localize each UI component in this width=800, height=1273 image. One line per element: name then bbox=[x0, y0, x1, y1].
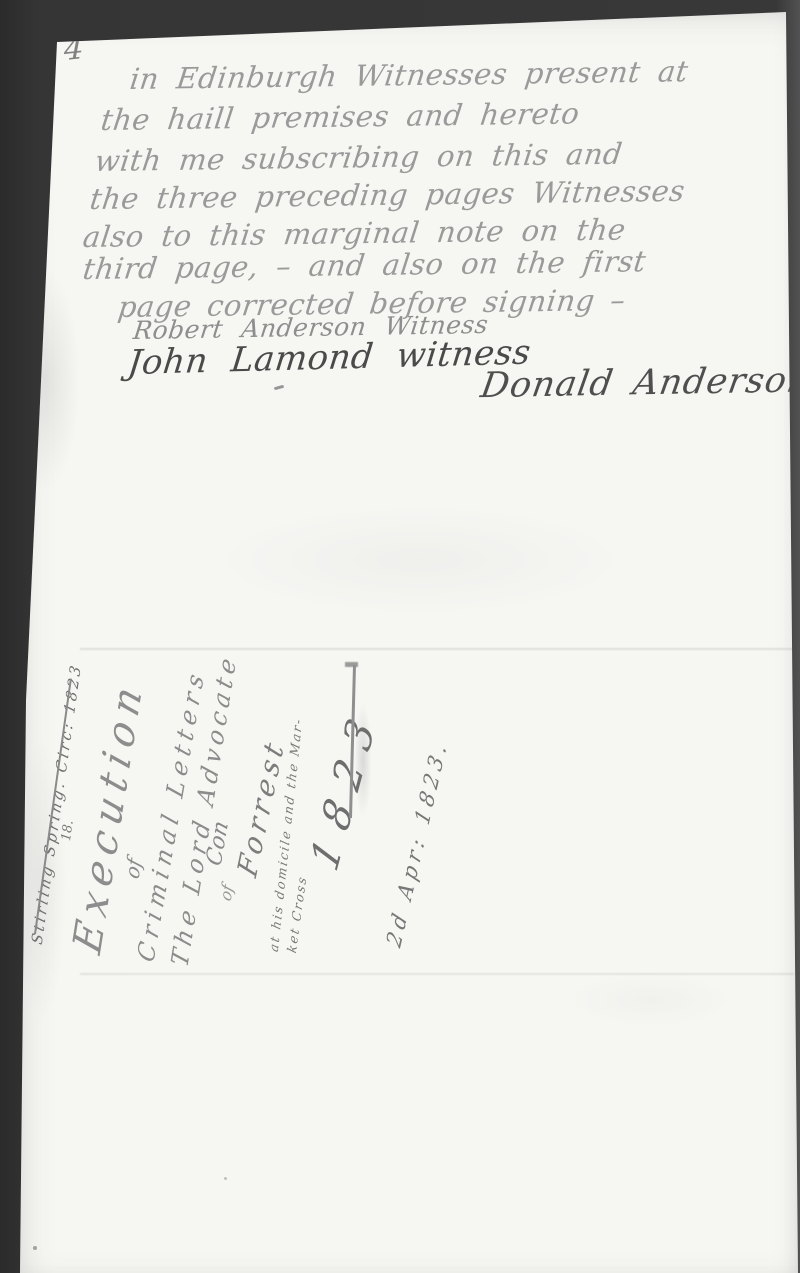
ink-mark bbox=[274, 385, 284, 390]
body-line: the three preceding pages Witnesses bbox=[88, 176, 687, 215]
body-line: with me subscribing on this and bbox=[93, 139, 624, 177]
docket-title: Execution bbox=[68, 674, 149, 958]
paper-crease bbox=[80, 973, 794, 975]
docket-circuit-number: 18. bbox=[60, 820, 76, 842]
body-line: the haill premises and hereto bbox=[99, 98, 581, 135]
bracket-top bbox=[345, 662, 358, 667]
ink-speck bbox=[33, 1246, 37, 1250]
docket-versus: Con bbox=[204, 818, 233, 868]
ink-speck bbox=[224, 1177, 227, 1180]
document-page: 4 in Edinburgh Witnesses present at the … bbox=[0, 0, 800, 1273]
docket-year: 1823 bbox=[306, 698, 385, 877]
body-line: in Edinburgh Witnesses present at bbox=[128, 56, 690, 94]
docket-of: of bbox=[122, 856, 144, 881]
page-number: 4 bbox=[64, 32, 84, 67]
docket-place-line-2: ket Cross bbox=[286, 874, 309, 955]
docket-date: 2d Apr: 1823. bbox=[384, 736, 451, 950]
signature-john-lamond: John Lamond witness bbox=[126, 335, 533, 381]
signature-donald-anderson: Donald Anderson bbox=[478, 362, 800, 405]
paper-crease bbox=[80, 648, 794, 650]
scanned-document: 4 in Edinburgh Witnesses present at the … bbox=[0, 0, 800, 1273]
docket-underline bbox=[34, 679, 72, 935]
body-line: third page, – and also on the first bbox=[81, 246, 648, 284]
docket-of-defendant: of bbox=[218, 883, 236, 903]
